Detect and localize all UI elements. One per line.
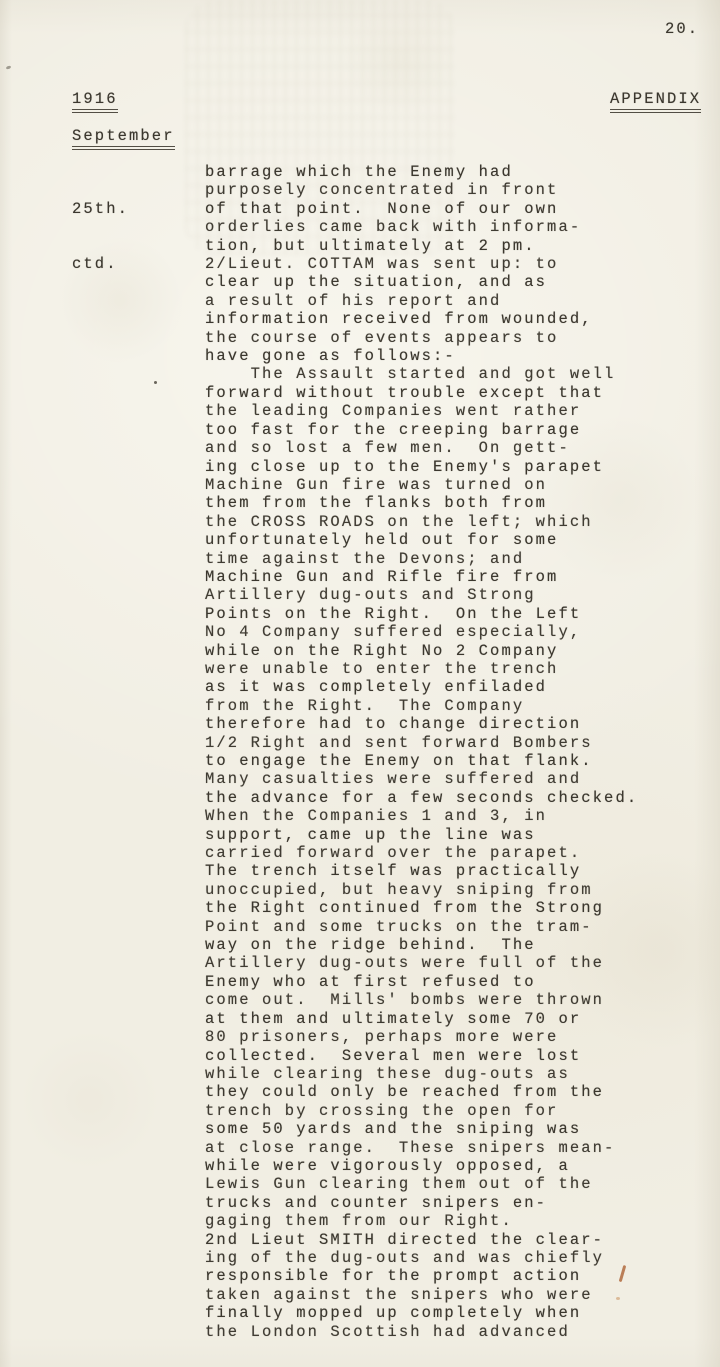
body-line: purposely concentrated in front (205, 181, 638, 199)
body-line: 80 prisoners, perhaps more were (205, 1028, 638, 1046)
month-heading-wrap: September (72, 127, 175, 150)
body-line: therefore had to change direction (205, 715, 638, 733)
body-line: Machine Gun fire was turned on (205, 476, 638, 494)
body-line: gaging them from our Right. (205, 1212, 638, 1230)
month-heading: September (72, 127, 175, 150)
body-line: ing close up to the Enemy's parapet (205, 458, 638, 476)
body-line: Lewis Gun clearing them out of the (205, 1175, 638, 1193)
margin-day: 25th. (72, 200, 129, 218)
body-line: while on the Right No 2 Company (205, 642, 638, 660)
body-line: way on the ridge behind. The (205, 936, 638, 954)
body-line: the Right continued from the Strong (205, 899, 638, 917)
body-line: ing of the dug-outs and was chiefly (205, 1249, 638, 1267)
body-line: they could only be reached from the (205, 1083, 638, 1101)
ink-speck (616, 1297, 620, 1300)
ink-speck (154, 381, 157, 384)
year-heading: 1916 (72, 90, 118, 113)
body-line: unfortunately held out for some (205, 531, 638, 549)
body-line: from the Right. The Company (205, 697, 638, 715)
body-line: orderlies came back with informa- (205, 218, 638, 236)
body-line: too fast for the creeping barrage (205, 421, 638, 439)
body-line: at close range. These snipers mean- (205, 1139, 638, 1157)
body-line: as it was completely enfiladed (205, 678, 638, 696)
margin-date-note: 25th. ctd. (72, 163, 129, 310)
body-line: Artillery dug-outs and Strong (205, 586, 638, 604)
body-line: the advance for a few seconds checked. (205, 789, 638, 807)
body-line: some 50 yards and the sniping was (205, 1120, 638, 1138)
body-line: The trench itself was practically (205, 862, 638, 880)
body-line: time against the Devons; and (205, 550, 638, 568)
body-line: the leading Companies went rather (205, 402, 638, 420)
body-line: carried forward over the parapet. (205, 844, 638, 862)
page-number: 20. (665, 20, 699, 38)
body-line: No 4 Company suffered especially, (205, 623, 638, 641)
body-line: Many casualties were suffered and (205, 770, 638, 788)
body-line: barrage which the Enemy had (205, 163, 638, 181)
body-line: information received from wounded, (205, 310, 638, 328)
diary-body-text: barrage which the Enemy hadpurposely con… (205, 163, 638, 1341)
body-line: have gone as follows:- (205, 347, 638, 365)
body-line: support, came up the line was (205, 826, 638, 844)
body-line: finally mopped up completely when (205, 1304, 638, 1322)
document-page: 20. 1916 APPENDIX September 25th. ctd. b… (0, 0, 720, 1367)
body-line: When the Companies 1 and 3, in (205, 807, 638, 825)
body-line: while clearing these dug-outs as (205, 1065, 638, 1083)
year-heading-wrap: 1916 (72, 90, 118, 113)
body-line: The Assault started and got well (205, 365, 638, 383)
body-line: at them and ultimately some 70 or (205, 1010, 638, 1028)
body-line: collected. Several men were lost (205, 1047, 638, 1065)
body-line: come out. Mills' bombs were thrown (205, 991, 638, 1009)
body-line: Enemy who at first refused to (205, 973, 638, 991)
body-line: trucks and counter snipers en- (205, 1194, 638, 1212)
body-line: trench by crossing the open for (205, 1102, 638, 1120)
body-line: the CROSS ROADS on the left; which (205, 513, 638, 531)
body-line: unoccupied, but heavy sniping from (205, 881, 638, 899)
body-line: Point and some trucks on the tram- (205, 918, 638, 936)
body-line: responsible for the prompt action (205, 1267, 638, 1285)
body-line: were unable to enter the trench (205, 660, 638, 678)
body-line: clear up the situation, and as (205, 273, 638, 291)
body-line: 2nd Lieut SMITH directed the clear- (205, 1231, 638, 1249)
body-line: 1/2 Right and sent forward Bombers (205, 734, 638, 752)
body-line: tion, but ultimately at 2 pm. (205, 237, 638, 255)
appendix-heading: APPENDIX (610, 90, 701, 113)
body-line: forward without trouble except that (205, 384, 638, 402)
body-line: Machine Gun and Rifle fire from (205, 568, 638, 586)
body-line: a result of his report and (205, 292, 638, 310)
body-line: and so lost a few men. On gett- (205, 439, 638, 457)
body-line: while were vigorously opposed, a (205, 1157, 638, 1175)
body-line: the London Scottish had advanced (205, 1323, 638, 1341)
margin-continued: ctd. (72, 255, 129, 273)
body-line: Points on the Right. On the Left (205, 605, 638, 623)
body-line: 2/Lieut. COTTAM was sent up: to (205, 255, 638, 273)
body-line: taken against the snipers who were (205, 1286, 638, 1304)
body-line: Artillery dug-outs were full of the (205, 954, 638, 972)
body-line: the course of events appears to (205, 329, 638, 347)
body-line: of that point. None of our own (205, 200, 638, 218)
appendix-heading-wrap: APPENDIX (610, 90, 701, 113)
body-line: them from the flanks both from (205, 494, 638, 512)
body-line: to engage the Enemy on that flank. (205, 752, 638, 770)
